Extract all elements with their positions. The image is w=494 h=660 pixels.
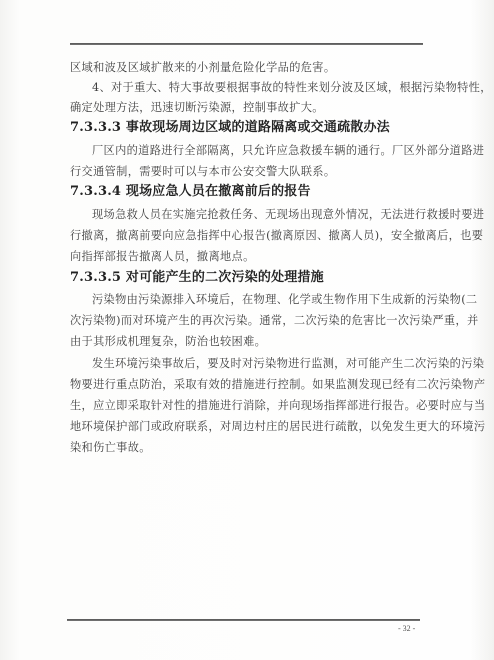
body-text-line: 物要进行重点防治，采取有效的措施进行控制。如果监测发现已经有二次污染物产	[70, 378, 485, 392]
body-text-line: 污染物由污染源排入环境后，在物理、化学或生物作用下生成新的污染物(二	[92, 293, 477, 307]
body-text-line: 确定处理方法，迅速切断污染源，控制事故扩大。	[70, 101, 324, 115]
body-text-line: 厂区内的道路进行全部隔离，只允许应急救援车辆的通行。厂区外部分道路进	[92, 144, 484, 158]
body-text-line: 行撤离，撤离前要向应急指挥中心报告(撤离原因、撤离人员)，安全撤离后，也要	[70, 229, 483, 243]
body-text-line: 区域和波及区域扩散来的小剂量危险化学品的危害。	[70, 61, 335, 75]
page-number: - 32 -	[398, 624, 415, 633]
section-heading-7-3-3-3: 7.3.3.3 事故现场周边区域的道路隔离或交通疏散办法	[70, 120, 390, 136]
body-text-line: 染和伤亡事故。	[70, 441, 151, 455]
body-text-line: 由于其形成机理复杂，防治也较困难。	[70, 335, 266, 349]
body-text-line: 生，应立即采取针对性的措施进行消除，并向现场指挥部进行报告。必要时应与当	[70, 399, 485, 413]
body-text-line: 次污染物)而对环境产生的再次污染。通常，二次污染的危害比一次污染严重，并	[70, 314, 479, 328]
section-heading-7-3-3-5: 7.3.3.5 对可能产生的二次污染的处理措施	[70, 270, 324, 286]
header-rule	[70, 43, 423, 45]
body-text-line: 行交通管制，需要时可以与本市公安交警大队联系。	[70, 165, 335, 179]
section-heading-7-3-3-4: 7.3.3.4 现场应急人员在撤离前后的报告	[70, 184, 311, 200]
document-page: 区域和波及区域扩散来的小剂量危险化学品的危害。 4、对于重大、特大事故要根据事故…	[0, 0, 494, 660]
footer-rule	[67, 619, 420, 621]
body-text-line: 向指挥部报告撤离人员，撤离地点。	[70, 250, 255, 264]
body-text-line: 发生环境污染事故后，要及时对污染物进行监测，对可能产生二次污染的污染	[92, 357, 484, 371]
body-text-line: 地环境保护部门或政府联系，对周边村庄的居民进行疏散，以免发生更大的环境污	[70, 420, 485, 434]
body-text-line: 现场急救人员在实施完抢救任务、无现场出现意外情况，无法进行救援时要进	[92, 208, 484, 222]
body-text-line: 4、对于重大、特大事故要根据事故的特性来划分波及区域，根据污染物特性，	[92, 81, 492, 95]
